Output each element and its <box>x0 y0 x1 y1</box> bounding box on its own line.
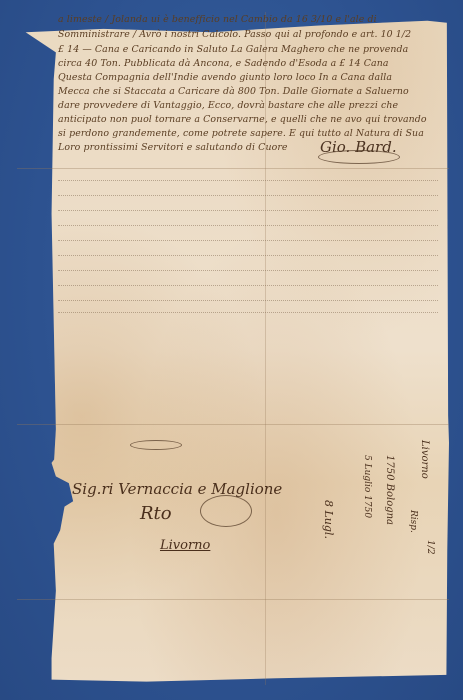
letter-line: Somministrare / Avrò i nostri Calcolo. P… <box>58 29 411 40</box>
fold-line-vertical <box>265 12 266 685</box>
letter-line: Loro prontissimi Servitori e salutando d… <box>58 142 288 153</box>
letter-line: £ 14 — Cana e Caricando in Saluto La Gal… <box>58 44 408 55</box>
fold-line-top <box>17 168 449 169</box>
letter-line: Mecca che si Staccata a Caricare dà 800 … <box>58 86 409 97</box>
letter-sheet <box>17 12 449 685</box>
docket-note: 1/2 <box>425 540 435 554</box>
decorative-flourish <box>130 440 182 450</box>
fold-line-middle <box>17 424 449 425</box>
letter-line: Questa Compagnia dell'Indie avendo giunt… <box>58 72 392 83</box>
docket-note: 8 Lugl. <box>322 500 335 539</box>
letter-line: anticipato non puol tornare a Conservarn… <box>58 114 427 125</box>
docket-note: 1750 Bologna <box>384 455 395 525</box>
address-city: Livorno <box>160 538 210 553</box>
addressee: Sig.ri Vernaccia e Maglione <box>72 480 282 498</box>
docket-note: 5 Luglio 1750 <box>362 455 372 518</box>
docket-note: Risp. <box>408 510 418 533</box>
fold-line-bottom <box>17 599 449 600</box>
letter-line: dare provvedere di Vantaggio, Ecco, dovr… <box>58 100 398 111</box>
signature-flourish <box>318 150 400 164</box>
letter-line: a limeste / Jolanda ui è benefficio nel … <box>58 14 377 25</box>
docket-note: Livorno <box>419 440 430 479</box>
address-abbrev: Rto <box>140 503 172 524</box>
letter-line: circa 40 Ton. Pubblicata dà Ancona, e Sa… <box>58 58 389 69</box>
address-flourish <box>200 495 252 527</box>
